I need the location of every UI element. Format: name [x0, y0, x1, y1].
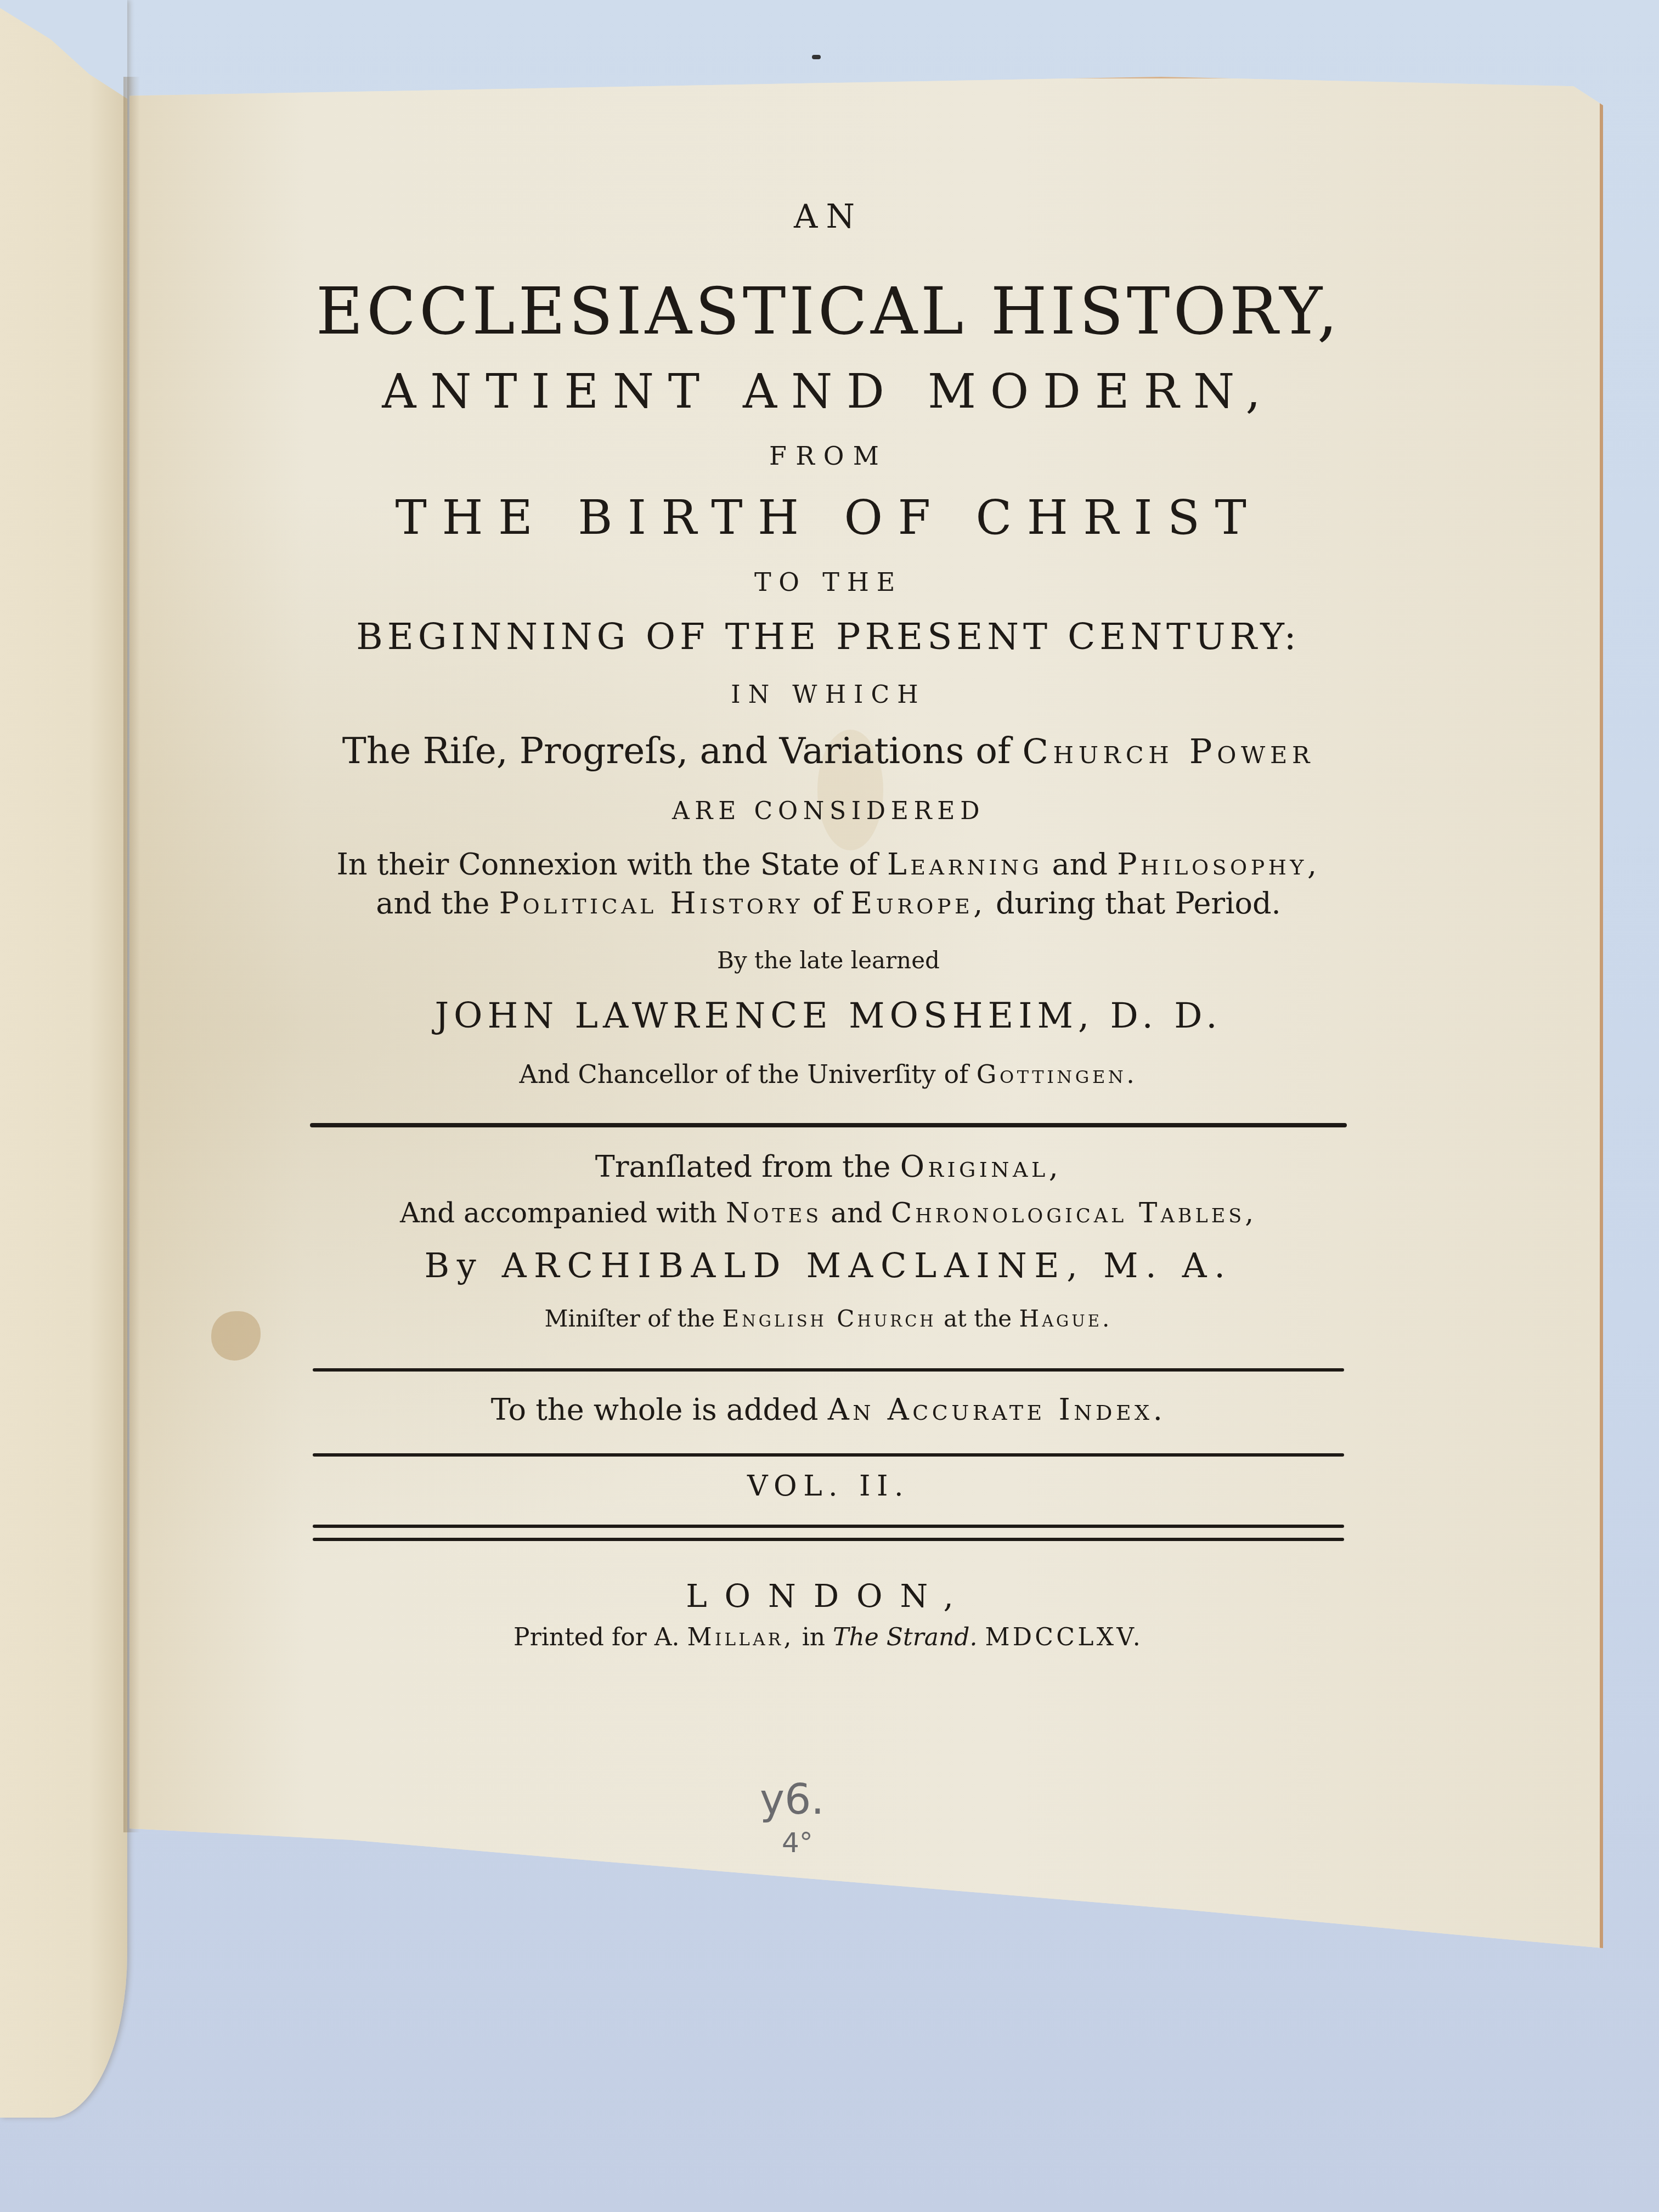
rule-divider-2 [313, 1368, 1344, 1372]
accompanied-and: and [822, 1197, 891, 1229]
title-article: AN [285, 198, 1372, 236]
printed-text: Printed for A. [513, 1623, 687, 1651]
imprint-line: Printed for A. Millar, in The Strand. MD… [285, 1623, 1372, 1651]
rise-line: The Riſe, Progreſs, and Variations of Ch… [285, 730, 1372, 772]
rule-double-lower [313, 1538, 1344, 1541]
title-page-text: AN ECCLESIASTICAL HISTORY, ANTIENT AND M… [285, 181, 1372, 1651]
connexion-line-2: and the Political History of Europe, dur… [285, 886, 1372, 921]
church-power: Church Power [1022, 731, 1314, 771]
author-name: JOHN LAWRENCE MOSHEIM, D. D. [285, 996, 1372, 1036]
in-which-label: IN WHICH [285, 681, 1372, 709]
printed-in: in [794, 1623, 833, 1651]
to-the-label: TO THE [285, 567, 1372, 597]
learning: Learning [887, 847, 1042, 882]
translated-line: Tranſlated from the Original, [285, 1149, 1372, 1184]
europe: Europe, [851, 886, 986, 921]
chronological-tables: Chronological Tables, [891, 1197, 1257, 1229]
period-text: during that Period. [986, 886, 1281, 921]
are-considered: ARE CONSIDERED [285, 797, 1372, 825]
connexion-text-2: and the [376, 886, 499, 921]
millar: Millar, [687, 1623, 794, 1651]
the-strand: The Strand. [833, 1623, 977, 1651]
rule-double-upper [313, 1525, 1344, 1528]
original: Original, [900, 1149, 1062, 1184]
book-gutter [123, 77, 140, 1832]
index-text: To the whole is added [491, 1392, 828, 1427]
gottingen: Gottingen. [977, 1059, 1138, 1089]
dust-speck [812, 55, 821, 59]
chancellor-text: And Chancellor of the Univerſity of [520, 1059, 977, 1089]
chancellor-line: And Chancellor of the Univerſity of Gott… [285, 1059, 1372, 1089]
connexion-of: of [803, 886, 851, 921]
accompanied-text: And accompanied with [400, 1197, 726, 1229]
pencil-annotation-2: 4° [782, 1827, 813, 1859]
index-line: To the whole is added An Accurate Index. [285, 1392, 1372, 1427]
left-page-facing [0, 0, 127, 2118]
pencil-annotation-1: y6. [760, 1775, 825, 1824]
philosophy: Philosophy, [1117, 847, 1320, 882]
from-label: FROM [285, 441, 1372, 471]
political-history: Political History [499, 886, 803, 921]
imprint-city: LONDON, [285, 1577, 1372, 1615]
minister-text: Miniſter of the [545, 1305, 723, 1332]
subtitle: ANTIENT AND MODERN, [285, 364, 1372, 419]
volume-number: VOL. II. [285, 1470, 1372, 1503]
rise-text: The Riſe, Progreſs, and Variations of [342, 730, 1023, 772]
connexion-line-1: In their Connexion with the State of Lea… [285, 847, 1372, 882]
accurate-index: An Accurate Index. [828, 1392, 1166, 1427]
connexion-and: and [1042, 847, 1117, 882]
accompanied-line: And accompanied with Notes and Chronolog… [285, 1197, 1372, 1229]
minister-at: at the [936, 1305, 1019, 1332]
present-century: BEGINNING OF THE PRESENT CENTURY: [285, 616, 1372, 658]
by-late-learned: By the late learned [285, 947, 1372, 974]
main-title: ECCLESIASTICAL HISTORY, [285, 273, 1372, 349]
imprint-year: MDCCLXV. [985, 1623, 1143, 1651]
notes: Notes [726, 1197, 822, 1229]
translator-name: By ARCHIBALD MACLAINE, M. A. [285, 1245, 1372, 1285]
english-church: English Church [723, 1305, 936, 1332]
rule-divider-3 [313, 1453, 1344, 1457]
translated-text: Tranſlated from the [595, 1149, 900, 1184]
connexion-text: In their Connexion with the State of [336, 847, 887, 882]
rule-divider-1 [310, 1123, 1347, 1127]
hague: Hague. [1019, 1305, 1112, 1332]
minister-line: Miniſter of the English Church at the Ha… [285, 1305, 1372, 1332]
birth-of-christ: THE BIRTH OF CHRIST [285, 490, 1372, 545]
